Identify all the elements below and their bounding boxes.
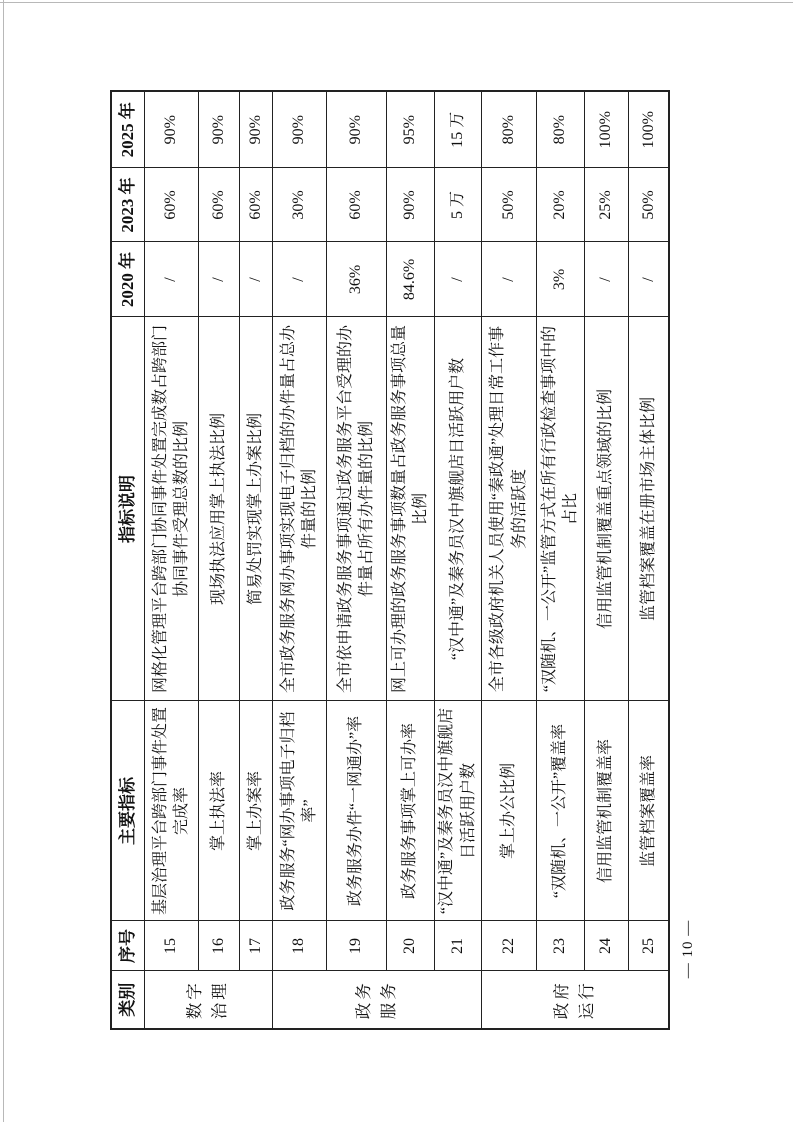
indicator-cell: 信用监管机制覆盖率 [584, 701, 628, 921]
index-cell: 17 [239, 921, 272, 971]
value-2025-cell: 95% [386, 91, 434, 168]
scan-edge-left [3, 0, 4, 1122]
table-row: 20政务服务事项掌上可办率网上可办理的政务服务事项数量占政务服务事项总量比例84… [386, 91, 434, 1029]
indicator-table-rotated: 类别 序号 主要指标 指标说明 2020 年 2023 年 2025 年 数字治… [110, 92, 668, 1030]
table-row: 政府运行22掌上办公比例全市各级政府机关人员使用“秦政通”处理日常工作事务的活跃… [481, 91, 536, 1029]
value-2020-cell: / [584, 242, 628, 317]
value-2023-cell: 5 万 [434, 168, 481, 242]
index-cell: 23 [536, 921, 584, 971]
description-cell: 全市各级政府机关人员使用“秦政通”处理日常工作事务的活跃度 [481, 317, 536, 701]
header-index: 序号 [111, 921, 144, 971]
indicator-cell: “汉中通”及秦务员汉中旗舰店日活跃用户数 [434, 701, 481, 921]
index-cell: 25 [628, 921, 669, 971]
table-body: 数字治理15基层治理平台跨部门事件处置完成率网格化管理平台跨部门协同事件处置完成… [144, 91, 669, 1029]
value-2020-cell: 84.6% [386, 242, 434, 317]
table-header-row: 类别 序号 主要指标 指标说明 2020 年 2023 年 2025 年 [111, 91, 144, 1029]
description-cell: 信用监管机制覆盖重点领域的比例 [584, 317, 628, 701]
description-cell: 网格化管理平台跨部门协同事件处置完成数占跨部门协同事件受理总数的比例 [144, 317, 198, 701]
value-2025-cell: 100% [628, 91, 669, 168]
value-2023-cell: 60% [239, 168, 272, 242]
value-2020-cell: / [198, 242, 239, 317]
value-2023-cell: 60% [326, 168, 386, 242]
scan-edge-top [0, 2, 793, 3]
value-2025-cell: 90% [326, 91, 386, 168]
value-2020-cell: 36% [326, 242, 386, 317]
value-2023-cell: 50% [481, 168, 536, 242]
value-2025-cell: 80% [536, 91, 584, 168]
table-row: 17掌上办案率简易处罚实现掌上办案比例/60%90% [239, 91, 272, 1029]
value-2025-cell: 90% [272, 91, 326, 168]
table-row: 16掌上执法率现场执法应用掌上执法比例/60%90% [198, 91, 239, 1029]
indicator-cell: 政务服务办件“一网通办”率 [326, 701, 386, 921]
index-cell: 15 [144, 921, 198, 971]
description-cell: 网上可办理的政务服务事项数量占政务服务事项总量比例 [386, 317, 434, 701]
value-2025-cell: 80% [481, 91, 536, 168]
header-2025: 2025 年 [111, 91, 144, 168]
page-number: — 10 — [680, 918, 704, 980]
description-cell: “汉中通”及秦务员汉中旗舰店日活跃用户数 [434, 317, 481, 701]
index-cell: 16 [198, 921, 239, 971]
value-2025-cell: 15 万 [434, 91, 481, 168]
description-cell: 简易处罚实现掌上办案比例 [239, 317, 272, 701]
indicator-cell: 掌上办案率 [239, 701, 272, 921]
index-cell: 19 [326, 921, 386, 971]
description-cell: 监管档案覆盖在册市场主体比例 [628, 317, 669, 701]
value-2020-cell: / [434, 242, 481, 317]
indicator-cell: 监管档案覆盖率 [628, 701, 669, 921]
index-cell: 18 [272, 921, 326, 971]
description-cell: “双随机、一公开”监管方式在所有行政检查事项中的占比 [536, 317, 584, 701]
value-2023-cell: 25% [584, 168, 628, 242]
table-row: 24信用监管机制覆盖率信用监管机制覆盖重点领域的比例/25%100% [584, 91, 628, 1029]
value-2020-cell: / [481, 242, 536, 317]
category-cell: 政府运行 [481, 971, 669, 1029]
value-2023-cell: 50% [628, 168, 669, 242]
index-cell: 21 [434, 921, 481, 971]
value-2023-cell: 90% [386, 168, 434, 242]
indicator-cell: 政务服务事项掌上可办率 [386, 701, 434, 921]
value-2020-cell: 3% [536, 242, 584, 317]
table-row: 数字治理15基层治理平台跨部门事件处置完成率网格化管理平台跨部门协同事件处置完成… [144, 91, 198, 1029]
category-cell: 数字治理 [144, 971, 272, 1029]
value-2023-cell: 20% [536, 168, 584, 242]
value-2023-cell: 30% [272, 168, 326, 242]
indicator-cell: 政务服务“网办事项电子归档率” [272, 701, 326, 921]
value-2025-cell: 100% [584, 91, 628, 168]
header-2023: 2023 年 [111, 168, 144, 242]
index-cell: 20 [386, 921, 434, 971]
indicator-cell: 掌上办公比例 [481, 701, 536, 921]
index-cell: 22 [481, 921, 536, 971]
header-2020: 2020 年 [111, 242, 144, 317]
table-row: 21“汉中通”及秦务员汉中旗舰店日活跃用户数“汉中通”及秦务员汉中旗舰店日活跃用… [434, 91, 481, 1029]
value-2023-cell: 60% [198, 168, 239, 242]
value-2023-cell: 60% [144, 168, 198, 242]
value-2025-cell: 90% [144, 91, 198, 168]
description-cell: 全市依申请政务服务事项通过政务服务平台受理的办件量占所有办件量的比例 [326, 317, 386, 701]
indicator-cell: 基层治理平台跨部门事件处置完成率 [144, 701, 198, 921]
indicator-cell: 掌上执法率 [198, 701, 239, 921]
header-description: 指标说明 [111, 317, 144, 701]
header-indicator: 主要指标 [111, 701, 144, 921]
document-page: { "page": { "number": "— 10 —" }, "table… [0, 0, 793, 1122]
table-row: 23“双随机、一公开”覆盖率“双随机、一公开”监管方式在所有行政检查事项中的占比… [536, 91, 584, 1029]
value-2020-cell: / [239, 242, 272, 317]
description-cell: 全市政务服务网办事项实现电子归档的办件量占总办件量的比例 [272, 317, 326, 701]
value-2025-cell: 90% [198, 91, 239, 168]
value-2020-cell: / [272, 242, 326, 317]
category-cell: 政务服务 [272, 971, 481, 1029]
indicator-table: 类别 序号 主要指标 指标说明 2020 年 2023 年 2025 年 数字治… [110, 90, 670, 1030]
value-2020-cell: / [144, 242, 198, 317]
value-2025-cell: 90% [239, 91, 272, 168]
index-cell: 24 [584, 921, 628, 971]
table-row: 19政务服务办件“一网通办”率全市依申请政务服务事项通过政务服务平台受理的办件量… [326, 91, 386, 1029]
table-row: 政务服务18政务服务“网办事项电子归档率”全市政务服务网办事项实现电子归档的办件… [272, 91, 326, 1029]
header-category: 类别 [111, 971, 144, 1029]
indicator-cell: “双随机、一公开”覆盖率 [536, 701, 584, 921]
description-cell: 现场执法应用掌上执法比例 [198, 317, 239, 701]
value-2020-cell: / [628, 242, 669, 317]
table-row: 25监管档案覆盖率监管档案覆盖在册市场主体比例/50%100% [628, 91, 669, 1029]
